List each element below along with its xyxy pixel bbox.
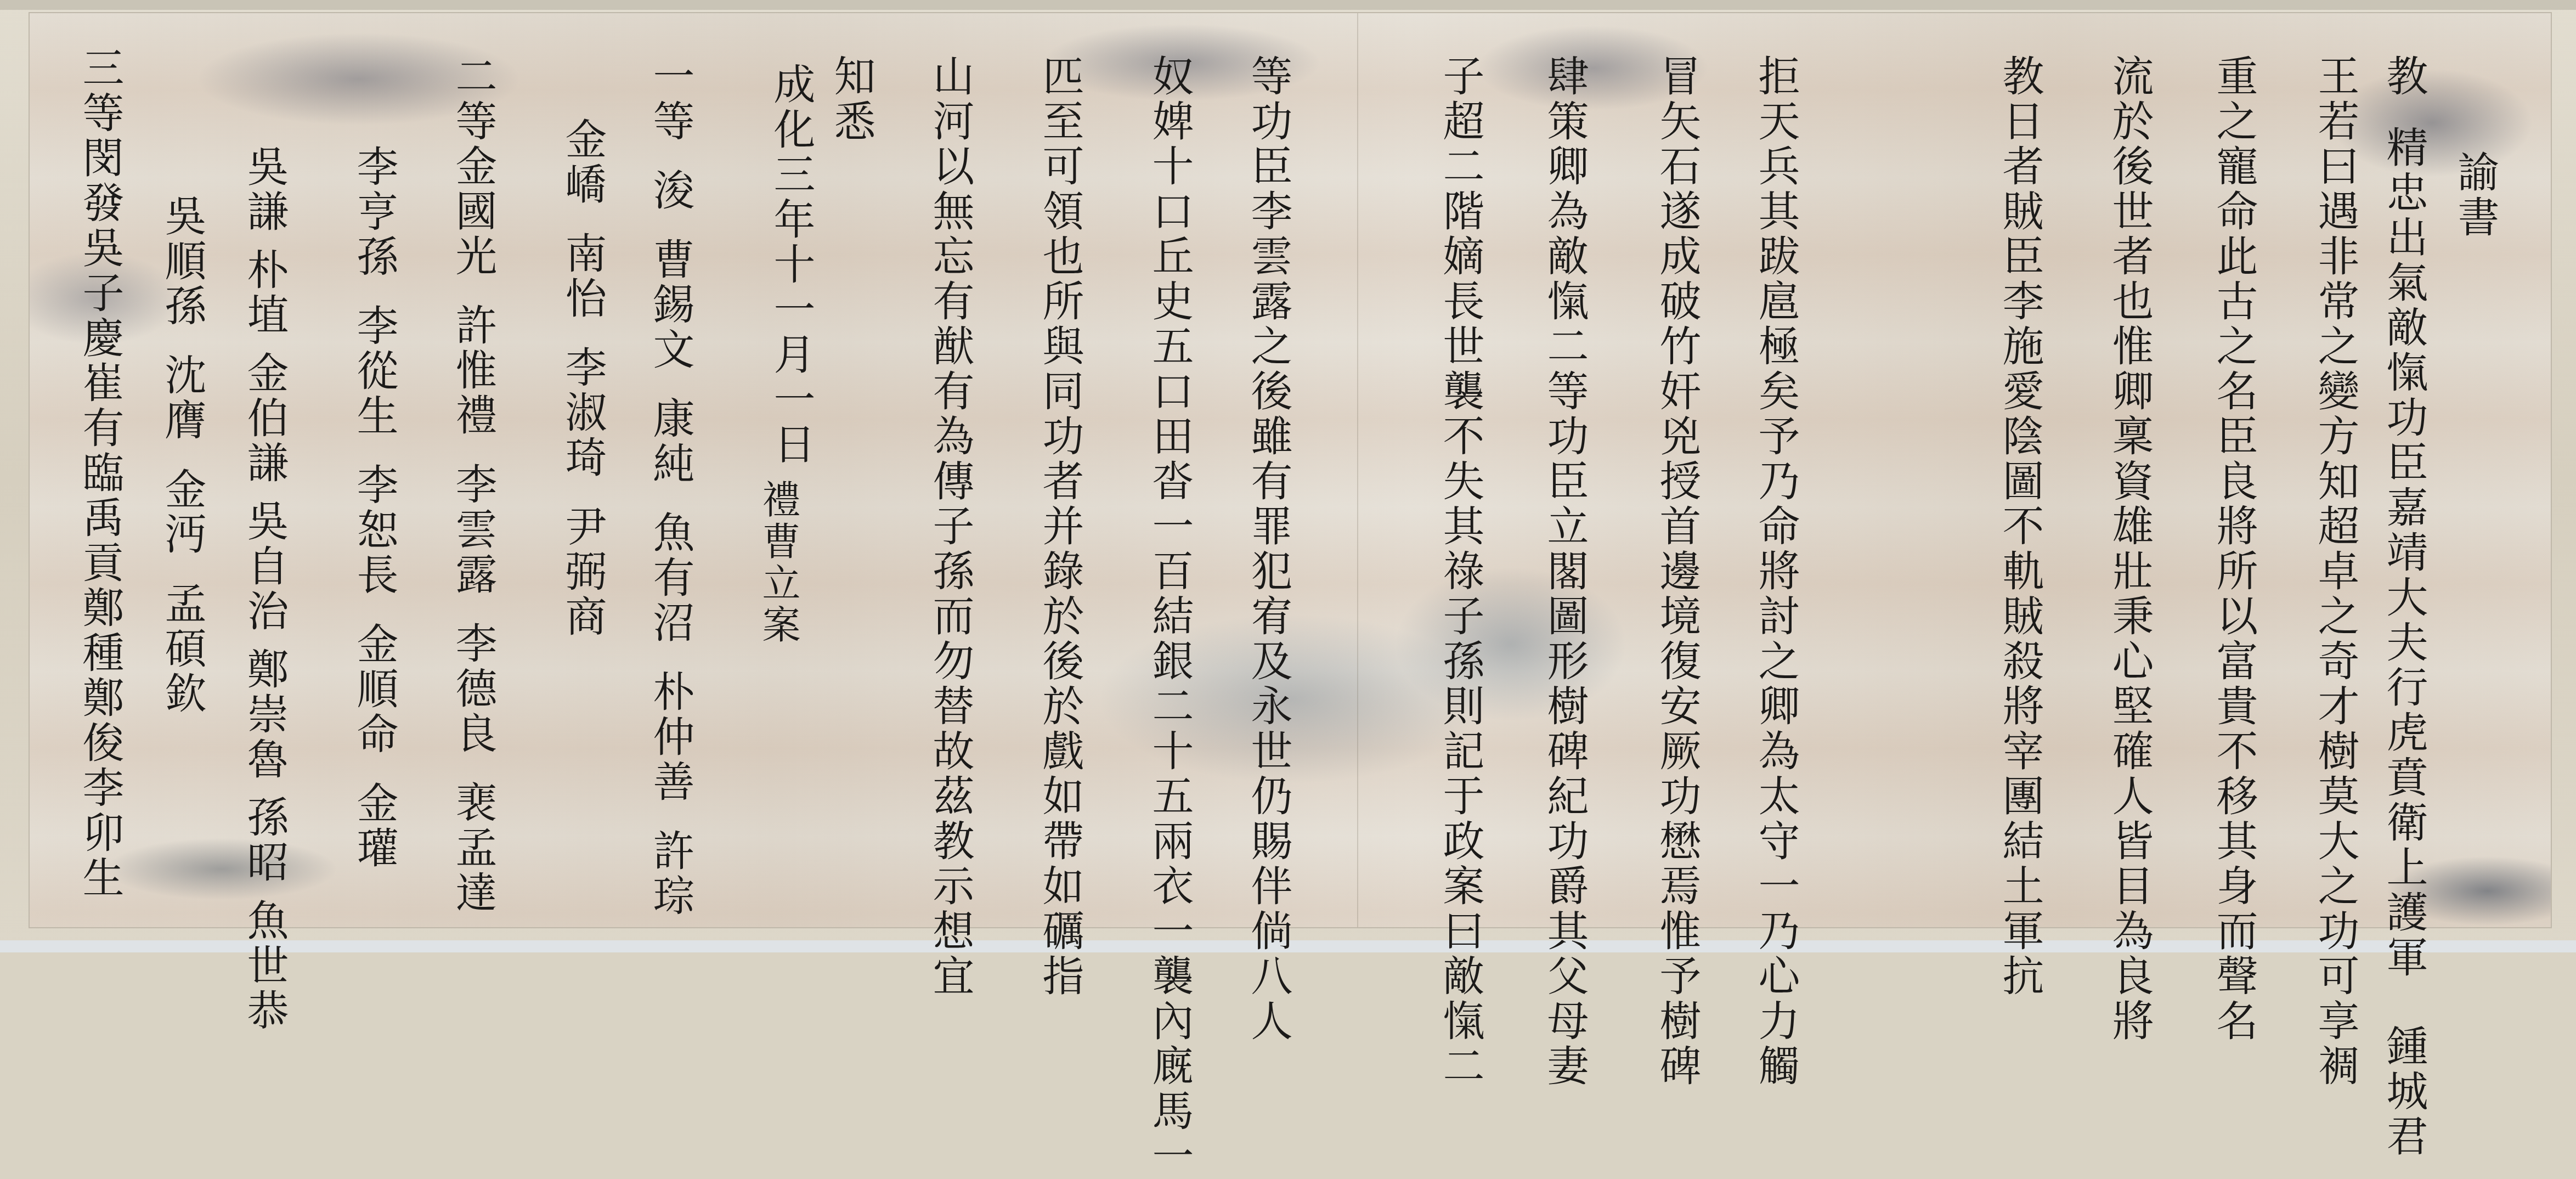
merit-list-second-rank-cont-3: 吳順孫沈膺金沔孟碩欽 [161, 194, 203, 741]
merit-name: 金瓘 [353, 781, 395, 871]
column-4: 重之寵命此古之名臣良將所以富貴不移其身而聲名 [2213, 54, 2255, 952]
header-yuseo: 諭書 [2454, 150, 2496, 240]
merit-name: 李淑琦 [562, 346, 603, 481]
merit-name: 朴埴 [244, 248, 285, 338]
column-text: 冒矢石遂成破竹奸兇授首邊境復安厥功懋焉惟予樹碑 [1653, 54, 1702, 952]
merit-name: 康純 [649, 397, 691, 487]
merit-name: 閔發 [79, 136, 121, 226]
merit-name: 浚 [649, 168, 691, 213]
rank-label: 三等 [79, 46, 121, 136]
column-8: 冒矢石遂成破竹奸兇授首邊境復安厥功懋焉惟予樹碑 [1656, 54, 1698, 952]
closing-text: 知悉 [827, 54, 876, 144]
column-text: 子超二階嫡長世襲不失其祿子孫則記于政案曰敵愾二 [1436, 54, 1485, 952]
merit-list-second-rank: 二等金國光許惟禮李雲露李德良裵孟達 [452, 54, 494, 940]
merit-name: 李德良 [452, 622, 494, 757]
column-11: 等功臣李雲露之後雖有罪犯宥及永世仍賜伴倘八人 [1247, 54, 1289, 952]
merit-name: 裵孟達 [452, 781, 494, 916]
column-12: 奴婢十口丘史五口田沓一百結銀二十五兩衣一襲內廐馬一 [1149, 54, 1190, 952]
merit-list-first-rank: 一等浚曹錫文康純魚有沼朴仲善許琮 [649, 54, 691, 943]
column-2: 教精忠出氣敵愾功臣嘉靖大夫行虎賁衛上護軍鍾城君 [2383, 54, 2425, 952]
merit-name: 禹貢 [79, 496, 121, 586]
merit-name: 許惟禮 [452, 303, 494, 438]
merit-name: 崔有臨 [79, 361, 121, 496]
issue-date: 成化三年十一月一日 [767, 63, 816, 467]
merit-name: 李卯生 [79, 766, 121, 901]
merit-name: 李從生 [353, 304, 395, 439]
column-7: 拒天兵其跋扈極矣予乃命將討之卿為太守一乃心力觸 [1755, 54, 1797, 952]
document-mount: 諭書 教精忠出氣敵愾功臣嘉靖大夫行虎賁衛上護軍鍾城君 王若曰遇非常之變方知超卓之… [0, 0, 2576, 952]
edict-paper: 諭書 教精忠出氣敵愾功臣嘉靖大夫行虎賁衛上護軍鍾城君 王若曰遇非常之變方知超卓之… [29, 12, 2552, 928]
column-text: 肆策卿為敵愾二等功臣立閣圖形樹碑紀功爵其父母妻 [1540, 54, 1589, 952]
merit-name: 李雲露 [452, 462, 494, 597]
merit-name: 金伯謙 [244, 351, 285, 486]
merit-name: 吳子慶 [79, 226, 121, 361]
column-15-closing: 知悉 [831, 54, 872, 144]
merit-name: 孟碩欽 [161, 582, 203, 717]
merit-name: 金國光 [452, 144, 494, 279]
rank-label: 二等 [452, 54, 494, 144]
merit-name: 沈膺 [161, 353, 203, 443]
column-text: 拒天兵其跋扈極矣予乃命將討之卿為太守一乃心力觸 [1752, 54, 1800, 952]
merit-name: 許琮 [649, 829, 691, 919]
header-text: 諭書 [2451, 150, 2500, 240]
column-10: 子超二階嫡長世襲不失其祿子孫則記于政案曰敵愾二 [1439, 54, 1481, 952]
merit-name: 吳謙 [244, 145, 285, 235]
merit-name: 魚有沼 [649, 511, 691, 646]
column-9: 肆策卿為敵愾二等功臣立閣圖形樹碑紀功爵其父母妻 [1544, 54, 1585, 952]
column-6: 教日者賊臣李施愛陰圖不軌賊殺將宰團結土軍抗 [1999, 54, 2041, 952]
recipient-title: 精忠出氣敵愾功臣嘉靖大夫行虎賁衛上護軍 [2380, 126, 2428, 952]
merit-name: 李恕長 [353, 463, 395, 598]
date-column: 成化三年十一月一日 [770, 63, 812, 467]
merit-name: 曹錫文 [649, 238, 691, 373]
merit-name: 鄭崇魯 [244, 647, 285, 782]
edict-prefix: 教 [2380, 54, 2428, 99]
issuing-office-column: 禮曹立案 [759, 480, 798, 646]
merit-name: 魚世恭 [244, 899, 285, 952]
merit-name: 孫昭 [244, 796, 285, 885]
merit-name: 金嶠 [562, 117, 603, 207]
merit-list-second-rank-cont-1: 李亨孫李從生李恕長金順命金瓘 [353, 145, 395, 895]
column-text: 奴婢十口丘史五口田沓一百結銀二十五兩衣一襲內廐馬一 [1145, 54, 1194, 952]
column-3: 王若曰遇非常之變方知超卓之奇才樹莫大之功可享裯 [2314, 54, 2356, 952]
column-text: 王若曰遇非常之變方知超卓之奇才樹莫大之功可享裯 [2311, 54, 2360, 952]
column-14: 山河以無忘有猷有為傳子孫而勿替故茲教示想宜 [929, 54, 971, 952]
paper-seam [1357, 13, 1358, 927]
column-text: 等功臣李雲露之後雖有罪犯宥及永世仍賜伴倘八人 [1244, 54, 1293, 952]
merit-name: 朴仲善 [649, 670, 691, 805]
merit-name: 李亨孫 [353, 145, 395, 280]
column-text: 山河以無忘有猷有為傳子孫而勿替故茲教示想宜 [926, 54, 975, 952]
merit-list-first-rank-cont: 金嶠南怡李淑琦尹弼商 [562, 117, 603, 664]
column-5: 流於後世者也惟卿稟資雄壯秉心堅確人皆目為良將 [2109, 54, 2150, 952]
merit-name: 南怡 [562, 232, 603, 321]
issuing-office: 禮曹立案 [756, 480, 801, 646]
column-13: 匹至可領也所與同功者并錄於後於戲如帶如礪指 [1039, 54, 1081, 952]
column-text: 重之寵命此古之名臣良將所以富貴不移其身而聲名 [2210, 54, 2258, 952]
merit-list-third-rank: 三等閔發吳子慶崔有臨禹貢鄭種鄭俊李卯生 [79, 46, 121, 901]
column-text: 匹至可領也所與同功者并錄於後於戲如帶如礪指 [1036, 54, 1084, 952]
column-text: 教日者賊臣李施愛陰圖不軌賊殺將宰團結土軍抗 [1996, 54, 2044, 952]
column-text: 流於後世者也惟卿稟資雄壯秉心堅確人皆目為良將 [2105, 54, 2154, 952]
merit-name: 尹弼商 [562, 505, 603, 640]
merit-list-second-rank-cont-2: 吳謙朴埴金伯謙吳自治鄭崇魯孫昭魚世恭 [244, 145, 285, 952]
merit-name: 吳自治 [244, 499, 285, 634]
merit-name: 金順命 [353, 622, 395, 757]
mount-top-edge [0, 0, 2576, 10]
merit-name: 金沔 [161, 467, 203, 557]
merit-name: 鄭種 [79, 586, 121, 676]
rank-label: 一等 [649, 54, 691, 144]
merit-name: 吳順孫 [161, 194, 203, 329]
merit-name: 鄭俊 [79, 676, 121, 766]
